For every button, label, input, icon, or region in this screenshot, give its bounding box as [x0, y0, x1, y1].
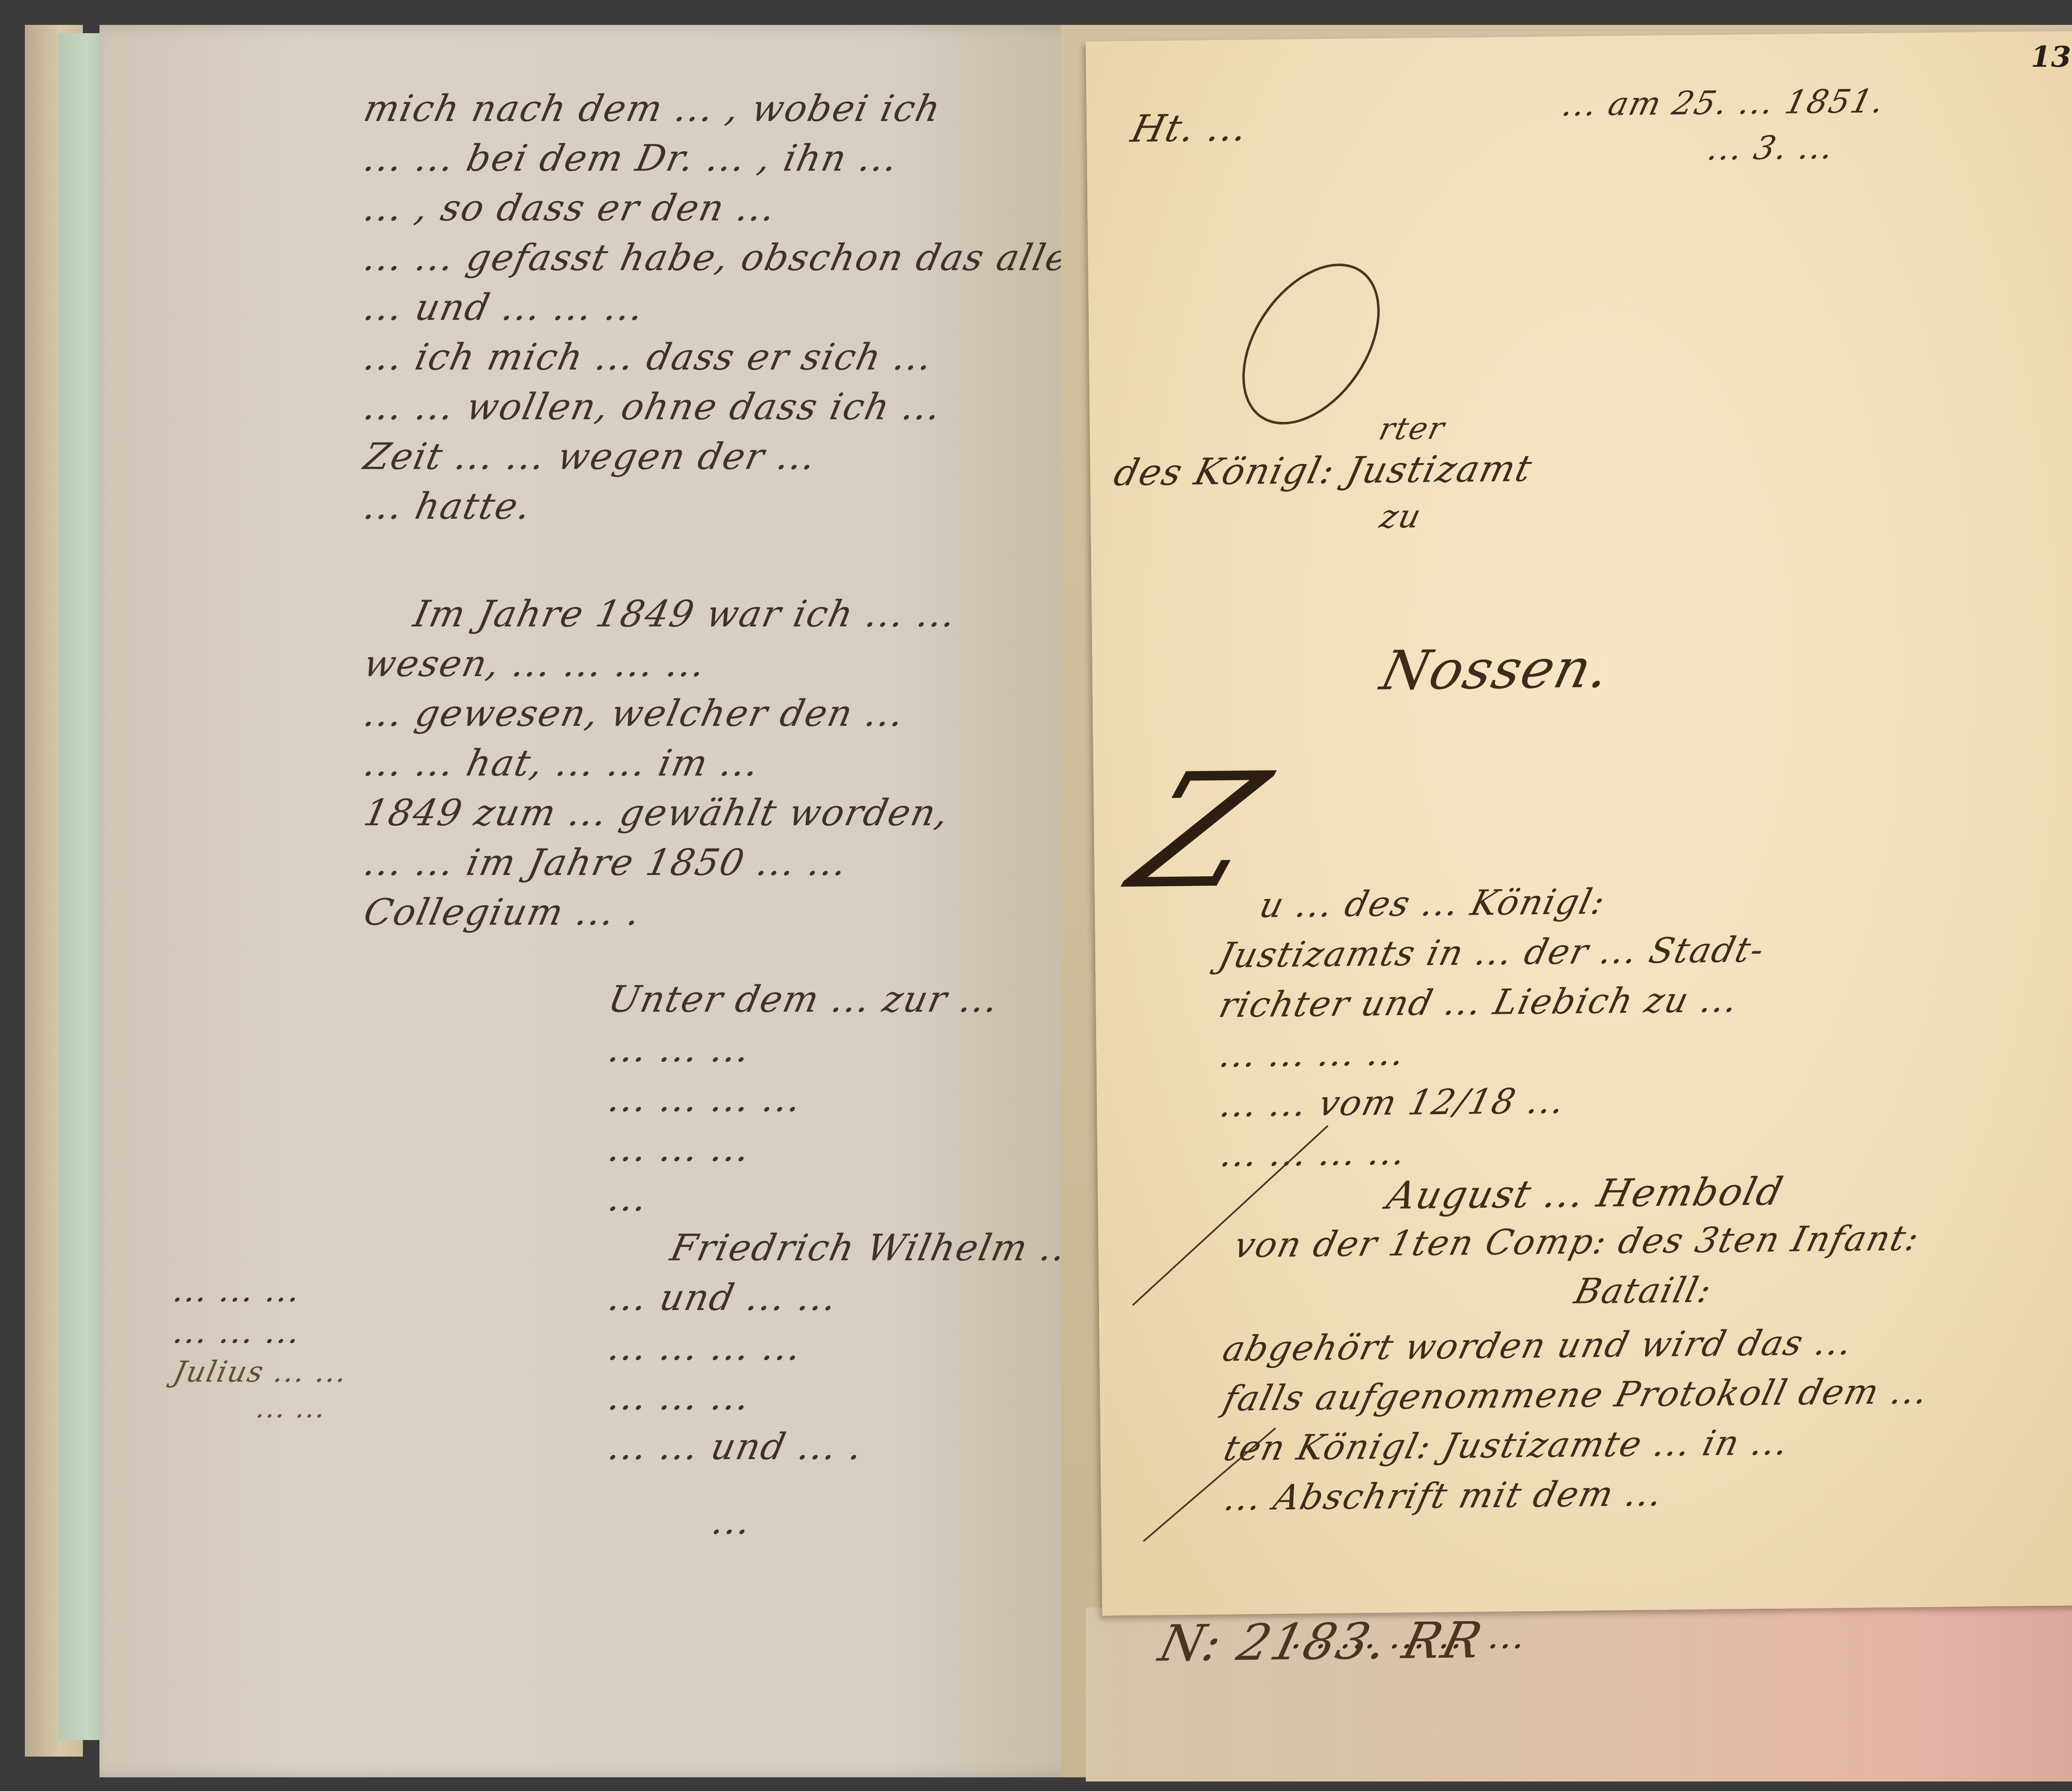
- text-line: ... ... vom 12/18 ...: [1216, 1080, 1570, 1125]
- body-initial: Z: [1116, 752, 1282, 911]
- text-line: ... ...: [254, 1392, 330, 1424]
- text-line: mich nach dem ... , wobei ich: [360, 87, 945, 130]
- header-date-line: ... am 25. ... 1851.: [1559, 83, 1889, 123]
- folio-number: 13.: [2031, 39, 2072, 74]
- text-line: ... ... ... ...: [1216, 1032, 1410, 1075]
- unit-name: Bataill:: [1571, 1269, 1716, 1312]
- place-name: Nossen.: [1375, 637, 1617, 702]
- text-line: ... ... hat, ... ... im ...: [360, 742, 764, 784]
- text-line: ... Abschrift mit dem ...: [1220, 1473, 1668, 1518]
- text-line: ... hatte.: [360, 485, 536, 527]
- reference-number: N: 2183. RR: [1154, 1612, 1489, 1673]
- text-line: ... , so dass er den ...: [360, 186, 780, 229]
- text-line: falls aufgenommene Protokoll dem ...: [1220, 1371, 1933, 1419]
- left-page: mich nach dem ... , wobei ich ... ... be…: [99, 25, 1094, 1777]
- text-line: ... gewesen, welcher den ...: [360, 692, 909, 735]
- text-line: ... und ... ...: [605, 1276, 842, 1319]
- address-line-2: des Königl: Justizamt: [1110, 447, 1537, 494]
- closing-signature: ...: [708, 1500, 756, 1542]
- text-line: ... ... ...: [170, 1272, 305, 1309]
- text-line: ... ... und ... .: [605, 1425, 867, 1468]
- text-line: ... ... ...: [605, 1027, 755, 1070]
- text-line: Unter dem ... zur ...: [605, 978, 1003, 1020]
- text-line: wesen, ... ... ... ...: [360, 642, 710, 685]
- text-line: Zeit ... ... wegen der ...: [360, 435, 821, 478]
- text-line: richter und ... Liebich zu ...: [1215, 979, 1743, 1025]
- named-person: August ... Hembold: [1382, 1169, 1788, 1218]
- text-line: ... ... ...: [605, 1375, 755, 1418]
- text-line: ... ... bei dem Dr. ... , ihn ...: [360, 137, 903, 179]
- text-line: ... ich mich ... dass er sich ...: [360, 336, 937, 378]
- text-line: 1849 zum ... gewählt worden,: [360, 791, 954, 834]
- address-line-1: rter: [1376, 411, 1449, 447]
- text-line: ... ... gefasst habe, obschon das alle: [360, 236, 1073, 279]
- text-line: Justizamts in ... der ... Stadt-: [1215, 929, 1769, 976]
- text-line: ... ... im Jahre 1850 ... ...: [360, 841, 852, 884]
- signature-friedrich-wilhelm: Friedrich Wilhelm ...: [667, 1226, 1084, 1269]
- text-line: ... ... ... ...: [605, 1077, 806, 1120]
- right-page-letter: 13. Ht. ... ... am 25. ... 1851. ... 3. …: [1086, 31, 2072, 1616]
- text-line: ... ... ...: [605, 1127, 755, 1170]
- text-line: ... und ... ... ...: [360, 286, 649, 329]
- text-line: ...: [605, 1177, 652, 1219]
- text-line: ... ... wollen, ohne dass ich ...: [360, 385, 946, 428]
- text-line: ... ... ...: [170, 1313, 305, 1351]
- unit-line: von der 1ten Comp: des 3ten Infant:: [1230, 1218, 1924, 1266]
- text-line: Julius ... ...: [170, 1355, 351, 1389]
- header-second-line: ... 3. ...: [1704, 129, 1838, 167]
- text-line: Im Jahre 1849 war ich ... ...: [410, 592, 961, 635]
- text-line: u ... des ... Königl:: [1256, 881, 1610, 926]
- address-line-3: zu: [1376, 498, 1426, 535]
- header-left-note: Ht. ...: [1127, 106, 1253, 151]
- open-book: mich nach dem ... , wobei ich ... ... be…: [25, 25, 2072, 1777]
- text-line: ten Königl: Justizamte ... in ...: [1220, 1422, 1794, 1469]
- text-line: abgehört worden und wird das ...: [1219, 1322, 1857, 1369]
- text-line: Collegium ... .: [360, 891, 645, 933]
- text-line: ... ... ... ...: [605, 1326, 806, 1368]
